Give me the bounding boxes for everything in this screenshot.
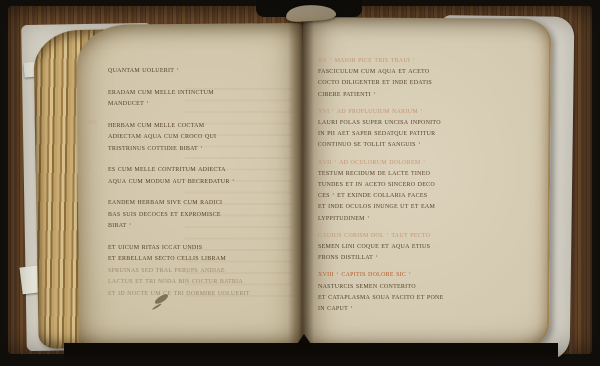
left-page-text: quantam uoluerit ·eradam cum melle intin… [108,64,296,298]
manuscript-text-line: quantam uoluerit · [108,64,296,76]
manuscript-text-line: herbam cum melle coctam [108,119,296,131]
manuscript-text-line: xvii · ad oculorum dolorem · [318,156,526,167]
manuscript-text-line: nasturcis semen conterito [318,280,526,291]
manuscript-text-line: xviii · capitis dolore sic · [318,268,526,279]
manuscript-text-line: xvi · ad profluuium narium · [318,105,526,116]
margin-numeral: xvi [88,118,97,126]
manuscript-text-line: bibat · [108,219,296,231]
manuscript-text-line: et cataplasma soua facito et pone [318,291,526,302]
right-page-text: xv · maior pice tris traui ·fasciculum c… [318,54,526,313]
manuscript-text-line: fasciculum cum aqua et aceto [318,65,526,76]
manuscript-text-line: in caput · [318,302,526,313]
manuscript-text-line: xv · maior pice tris traui · [318,54,526,65]
manuscript-text-line: es cum melle contritum adiecta [108,163,296,175]
manuscript-text-line: tristrinus cottidie bibat · [108,142,296,154]
manuscript-text-line: lauri folas super uncisa inponito [318,116,526,127]
manuscript-photo: quantam uoluerit ·eradam cum melle intin… [0,0,600,366]
gutter-shadow [288,16,314,352]
manuscript-text-line: cauius corism dol · taut pecto [318,229,526,240]
manuscript-text-line: semen lini coque et aqua etius [318,240,526,251]
manuscript-text-line: eradam cum melle intinctum [108,86,296,98]
manuscript-text-line: spruinas sed tral perups andiae [108,264,296,276]
manuscript-text-line: et uicum ritas iccat undis [108,241,296,253]
manuscript-text-line: testum recidum de lacte tineo [318,167,526,178]
manuscript-text-line: cocto diligenter et inde edatis [318,76,526,87]
manuscript-text-line: cibere patienti · [318,88,526,99]
manuscript-text-line: ces · et exinde collaria faces [318,189,526,200]
manuscript-text-line: et id nocte um ce tri dormire uoluerit [108,287,296,299]
manuscript-text-line: bas suis decoces et expromisce [108,208,296,220]
manuscript-text-line: eandem herbam sive cum radici [108,196,296,208]
manuscript-text-line: lyppitudinem · [318,212,526,223]
manuscript-text-line: adiectam aqua cum croco qui [108,130,296,142]
manuscript-text-line: frons distillat · [318,251,526,262]
manuscript-text-line: et inde oculos inunge ut et eam [318,200,526,211]
manuscript-text-line: aqua cum modum aut becredatur · [108,175,296,187]
manuscript-text-line: tundes et in aceto sincero deco [318,178,526,189]
manuscript-text-line: et erbellam secto cellis libram [108,252,296,264]
manuscript-text-line: continuo se tollit sanguis · [318,138,526,149]
manuscript-text-line: in pii aet saper sedatque patitur [318,127,526,138]
margin-numeral: ·,· [86,163,93,171]
manuscript-text-line: lactus et tri noda bin coctur batria [108,275,296,287]
manuscript-text-line: manducet · [108,97,296,109]
